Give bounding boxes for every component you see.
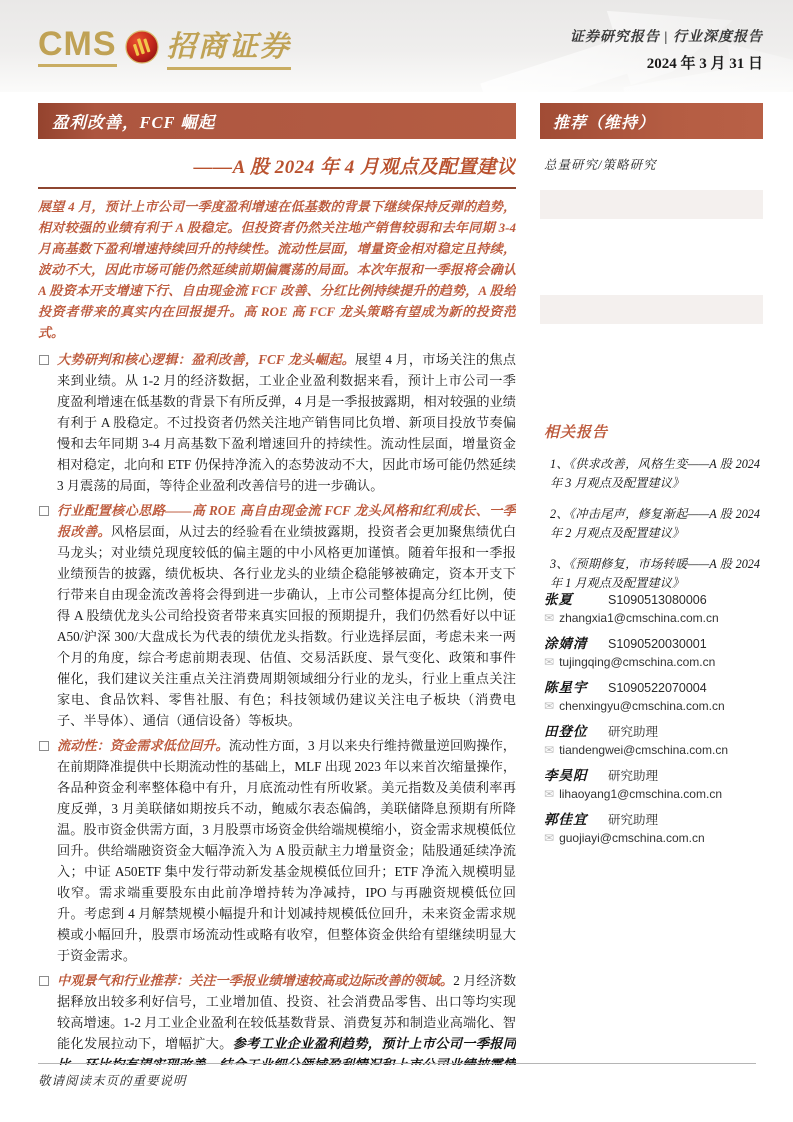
placeholder-band (540, 190, 763, 219)
analyst-email-row: ✉ lihaoyang1@cmschina.com.cn (544, 787, 763, 801)
analyst-name: 郭佳宜 (544, 808, 608, 828)
bullet-square-icon (39, 741, 49, 751)
analyst-role: 研究助理 (608, 766, 658, 784)
analyst-role: 研究助理 (608, 810, 658, 828)
analyst-row: 田登位 研究助理 (544, 720, 763, 740)
report-page: CMS 招商证券 证券研究报告 | 行业深度报告 (0, 0, 793, 1122)
bullet-heading: 大势研判和核心逻辑：盈利改善，FCF 龙头崛起。 (57, 352, 355, 367)
rating-label: 推荐（维持） (553, 110, 655, 133)
bullet-heading: 流动性：资金需求低位回升。 (57, 738, 229, 753)
analyst-email-row: ✉ chenxingyu@cmschina.com.cn (544, 699, 763, 713)
bullet-item: 流动性：资金需求低位回升。流动性方面，3 月以来央行维持微量逆回购操作，在前期降… (38, 735, 516, 966)
related-report: 2、《冲击尾声，修复渐起——A 股 2024 年 2 月观点及配置建议》 (550, 505, 760, 543)
analyst-email-row: ✉ zhangxia1@cmschina.com.cn (544, 611, 763, 625)
email-icon: ✉ (544, 699, 554, 713)
sidebar: 推荐（维持） 总量研究/策略研究 相关报告 1、《供求改善，风格生变——A 股 … (540, 103, 763, 1065)
report-subtitle: ——A 股 2024 年 4 月观点及配置建议 (38, 152, 516, 179)
related-reports-title: 相关报告 (544, 421, 608, 442)
cms-logo-text: CMS (38, 27, 117, 67)
cms-logo: CMS 招商证券 (38, 24, 291, 70)
email-icon: ✉ (544, 831, 554, 845)
analyst-email-row: ✉ tiandengwei@cmschina.com.cn (544, 743, 763, 757)
bullet-heading: 中观景气和行业推荐：关注一季报业绩增速较高或边际改善的领域。 (57, 973, 453, 988)
header-meta: 证券研究报告 | 行业深度报告 2024 年 3 月 31 日 (570, 26, 763, 73)
rating-badge: 推荐（维持） (540, 103, 763, 139)
analyst-row: 李昊阳 研究助理 (544, 764, 763, 784)
email-icon: ✉ (544, 743, 554, 757)
bullet-item: 行业配置核心思路——高 ROE 高自由现金流 FCF 龙头风格和红利成长、一季报… (38, 500, 516, 731)
bullet-item: 中观景气和行业推荐：关注一季报业绩增速较高或边际改善的领域。2 月经济数据释放出… (38, 970, 516, 1065)
analyst-row: 涂婧清 S1090520030001 (544, 632, 763, 652)
analyst-id: S1090520030001 (608, 637, 707, 651)
report-date: 2024 年 3 月 31 日 (570, 52, 763, 73)
bullet-square-icon (39, 355, 49, 365)
email-icon: ✉ (544, 655, 554, 669)
analyst-row: 陈星宇 S1090522070004 (544, 676, 763, 696)
page-header: CMS 招商证券 证券研究报告 | 行业深度报告 (0, 0, 793, 92)
analyst-id: S1090522070004 (608, 681, 707, 695)
abstract-paragraph: 展望 4 月，预计上市公司一季度盈利增速在低基数的背景下继续保持反弹的趋势，相对… (38, 196, 516, 343)
footer-divider (38, 1063, 756, 1064)
cms-badge-icon (125, 30, 159, 64)
bullet-body: 展望 4 月，市场关注的焦点来到业绩。从 1-2 月的经济数据，工业企业盈利数据… (57, 352, 516, 493)
analyst-role: 研究助理 (608, 722, 658, 740)
placeholder-band (540, 295, 763, 324)
analyst-row: 郭佳宜 研究助理 (544, 808, 763, 828)
bullet-item: 大势研判和核心逻辑：盈利改善，FCF 龙头崛起。展望 4 月，市场关注的焦点来到… (38, 349, 516, 496)
bullet-square-icon (39, 506, 49, 516)
bullet-square-icon (39, 976, 49, 986)
analyst-email[interactable]: guojiayi@cmschina.com.cn (559, 831, 705, 845)
bullet-body: 风格层面，从过去的经验看在业绩披露期，投资者会更加聚焦绩优白马龙头；对业绩兑现度… (57, 524, 516, 728)
analyst-email[interactable]: lihaoyang1@cmschina.com.cn (559, 787, 722, 801)
analyst-email[interactable]: chenxingyu@cmschina.com.cn (559, 699, 725, 713)
analyst-email[interactable]: tiandengwei@cmschina.com.cn (559, 743, 728, 757)
email-icon: ✉ (544, 611, 554, 625)
footer-disclaimer: 敬请阅读末页的重要说明 (38, 1071, 187, 1089)
related-report: 1、《供求改善，风格生变——A 股 2024 年 3 月观点及配置建议》 (550, 455, 760, 493)
main-content: 盈利改善，FCF 崛起 ——A 股 2024 年 4 月观点及配置建议 展望 4… (38, 103, 516, 1065)
report-type-label: 证券研究报告 | 行业深度报告 (570, 26, 763, 46)
research-category: 总量研究/策略研究 (540, 155, 763, 173)
title-divider (38, 187, 516, 189)
analyst-name: 李昊阳 (544, 764, 608, 784)
analyst-email[interactable]: zhangxia1@cmschina.com.cn (559, 611, 719, 625)
cms-logo-brand: 招商证券 (167, 24, 291, 70)
analyst-name: 陈星宇 (544, 676, 608, 696)
analyst-name: 田登位 (544, 720, 608, 740)
analyst-email-row: ✉ tujingqing@cmschina.com.cn (544, 655, 763, 669)
analyst-list: 张夏 S1090513080006 ✉ zhangxia1@cmschina.c… (544, 581, 763, 845)
email-icon: ✉ (544, 787, 554, 801)
analyst-row: 张夏 S1090513080006 (544, 588, 763, 608)
report-title-bar: 盈利改善，FCF 崛起 (38, 103, 516, 139)
analyst-name: 张夏 (544, 588, 608, 608)
report-title: 盈利改善，FCF 崛起 (52, 109, 215, 133)
bullet-body: 流动性方面，3 月以来央行维持微量逆回购操作，在前期降准提供中长期流动性的基础上… (57, 738, 516, 963)
analyst-id: S1090513080006 (608, 593, 707, 607)
analyst-email-row: ✉ guojiayi@cmschina.com.cn (544, 831, 763, 845)
analyst-email[interactable]: tujingqing@cmschina.com.cn (559, 655, 715, 669)
analyst-name: 涂婧清 (544, 632, 608, 652)
